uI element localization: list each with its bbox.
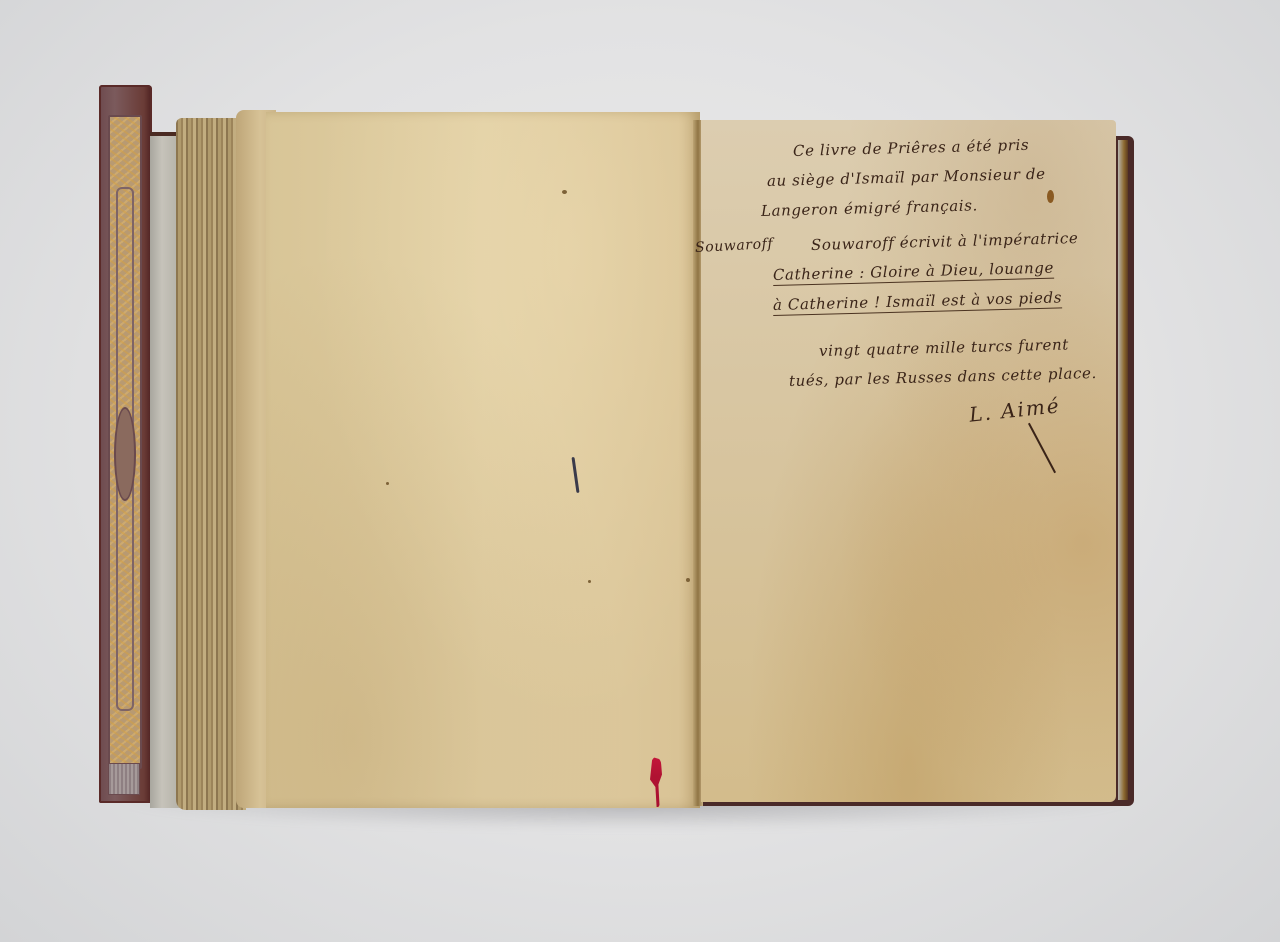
paper-speck — [686, 578, 690, 582]
inscription-line-1: Ce livre de Priêres a été pris — [793, 136, 1030, 160]
signature-flourish — [1028, 423, 1056, 473]
back-board-edge — [1118, 140, 1128, 800]
handwritten-inscription: Ce livre de Priêres a été pris au siège … — [701, 120, 1116, 520]
left-page-blank — [266, 112, 700, 808]
gilt-tooled-panel — [108, 115, 142, 769]
paper-speck — [562, 190, 567, 194]
inscription-line-4: Souwaroff écrivit à l'impératrice — [811, 229, 1079, 254]
inscription-line-6: à Catherine ! Ismaïl est à vos pieds — [773, 288, 1063, 316]
signature: L. Aimé — [968, 393, 1062, 426]
book-photo-scene: Ce livre de Priêres a été pris au siège … — [0, 0, 1280, 942]
inscription-line-5: Catherine : Gloire à Dieu, louange — [773, 259, 1055, 286]
front-cover-board — [99, 85, 152, 803]
cover-base-ornament — [108, 763, 140, 795]
inscription-line-3: Langeron émigré français. — [761, 196, 978, 220]
cover-lozenge-ornament — [114, 407, 136, 501]
margin-note: Souwaroff — [695, 236, 774, 256]
inscription-line-8: tués, par les Russes dans cette place. — [789, 364, 1097, 390]
paper-speck — [386, 482, 389, 485]
inscription-line-7: vingt quatre mille turcs furent — [819, 335, 1069, 360]
paper-speck — [588, 580, 591, 583]
inscription-line-2: au siège d'Ismaïl par Monsieur de — [767, 165, 1046, 190]
